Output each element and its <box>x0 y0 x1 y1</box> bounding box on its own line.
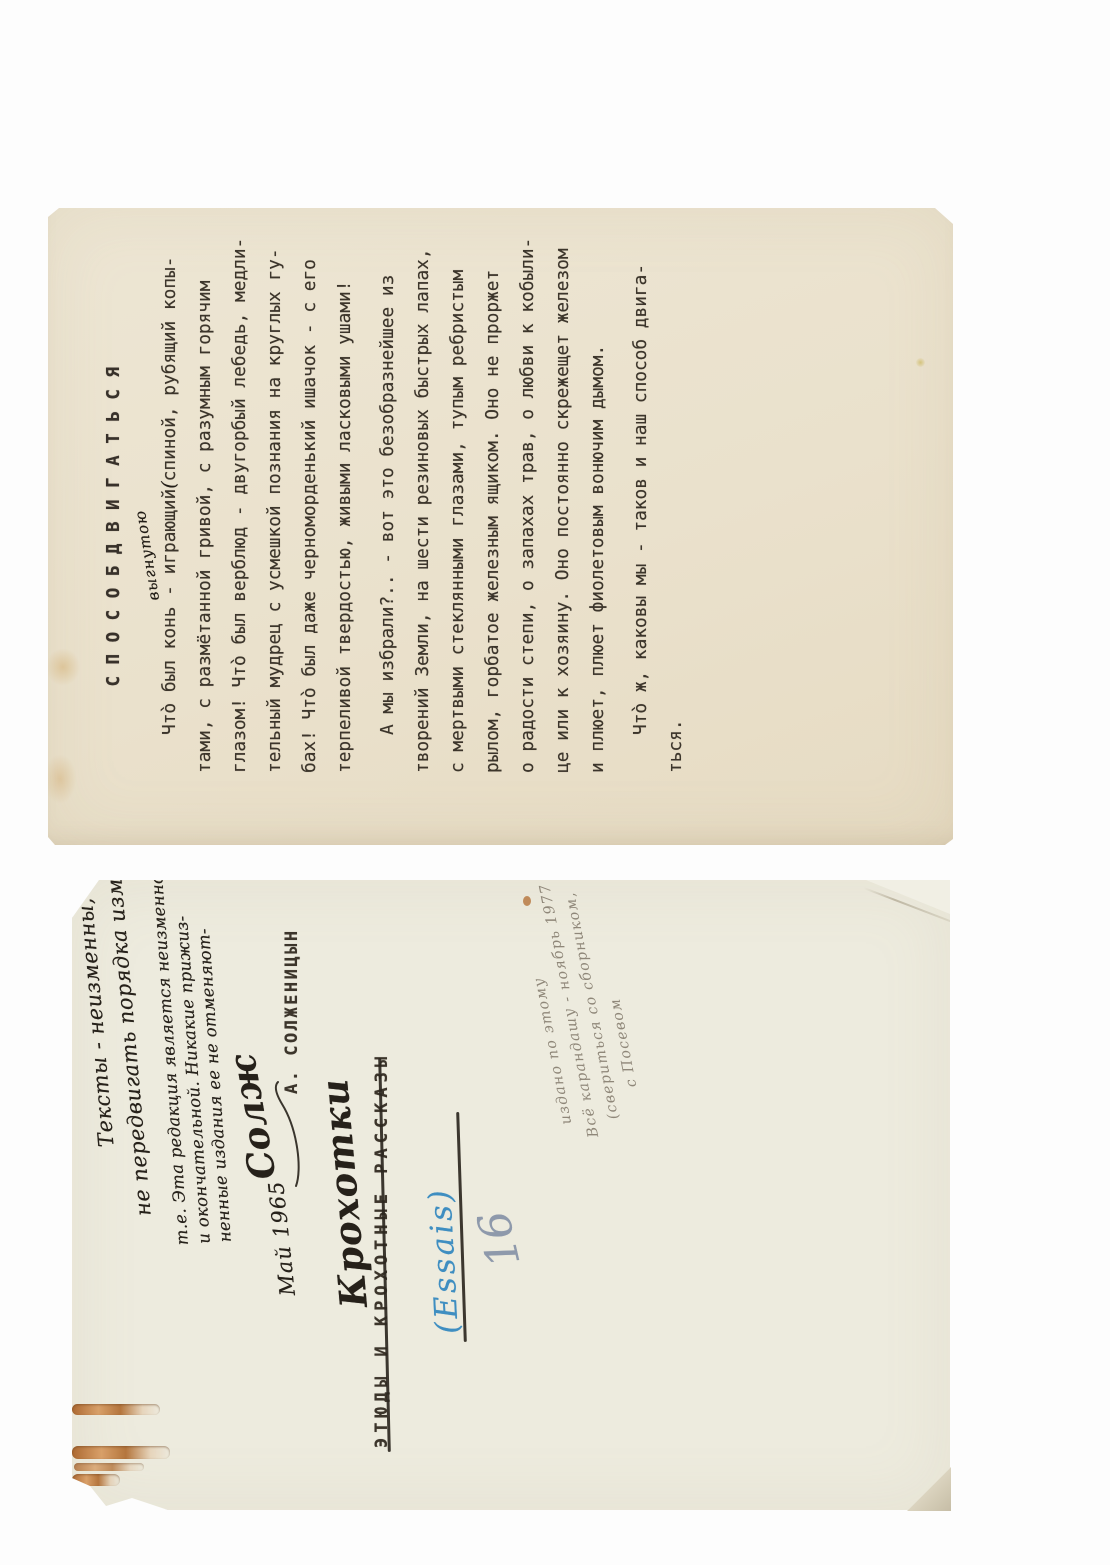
typed-line: и плюет, плюет фиолетовым вонючим дымом. <box>580 228 615 773</box>
typed-body: Чтò был конь - играющий(выгнутоюспиной, … <box>152 228 693 773</box>
typescript-sheet: С П О С О Б Д В И Г А Т Ь С Я Чтò был ко… <box>48 208 953 845</box>
typed-page-title: С П О С О Б Д В И Г А Т Ь С Я <box>104 208 124 845</box>
author-note: т.е. Эта редакция является неизменной и … <box>145 859 236 1246</box>
typed-line-pre: Чтò был конь - играющий <box>159 489 180 735</box>
typed-author-name: А. СОЛЖЕНИЦЫН <box>282 928 302 1094</box>
pencil-note: издано по этому Всё карандашу - ноябрь 1… <box>511 872 653 1144</box>
typed-line: о радости степи, о запахах трав, о любви… <box>510 228 545 773</box>
insertion-caret-mark: ( <box>158 481 180 488</box>
typed-line: с мертвыми стеклянными глазами, тупым ре… <box>440 228 475 773</box>
signature-flourish <box>268 1080 302 1190</box>
photo-background: С П О С О Б Д В И Г А Т Ь С Я Чтò был ко… <box>0 0 1110 1565</box>
typed-line: це или к хозяину. Оно постоянно скрежеще… <box>545 228 580 773</box>
typed-line: терпеливой твердостью, живыми ласковыми … <box>327 228 362 773</box>
typed-line: творений Земли, на шести резиновых быстр… <box>405 228 440 773</box>
typed-line-post: спиной, рубящий копы- <box>159 257 180 482</box>
title-page-sheet: Тексты - неизменны, не передвигать поряд… <box>72 880 950 1510</box>
author-inscription: Тексты - неизменны, не передвигать поряд… <box>63 815 160 1220</box>
typed-line: тами, с размётанной гривой, с разумным г… <box>187 228 222 773</box>
insertion-anchor: (выгнутою <box>159 481 180 488</box>
title-page-rotated-content: Тексты - неизменны, не передвигать поряд… <box>72 880 950 1510</box>
typed-line: Чтò был конь - играющий(выгнутоюспиной, … <box>152 228 187 773</box>
typed-line: бах! Чтò был даже черноморденький ишачок… <box>292 228 327 773</box>
typed-line: рылом, горбатое железным ящиком. Оно не … <box>475 228 510 773</box>
typed-line: глазом! Чтò был верблюд - двугорбый лебе… <box>222 228 257 773</box>
typed-line: Чтò ж, каковы мы - таков и наш способ дв… <box>623 228 658 773</box>
typed-line: А мы избрали?.. - вот это безобразнейшее… <box>370 228 405 773</box>
page-number: 16 <box>468 1206 530 1272</box>
typed-line: ться. <box>658 228 693 773</box>
typescript-rotated-content: С П О С О Б Д В И Г А Т Ь С Я Чтò был ко… <box>48 208 953 845</box>
date-inscription: Май 1965 <box>264 1179 300 1297</box>
typed-line: тельный мудрец с усмешкой познания на кр… <box>257 228 292 773</box>
handwritten-title: Крохотки <box>312 1076 376 1309</box>
